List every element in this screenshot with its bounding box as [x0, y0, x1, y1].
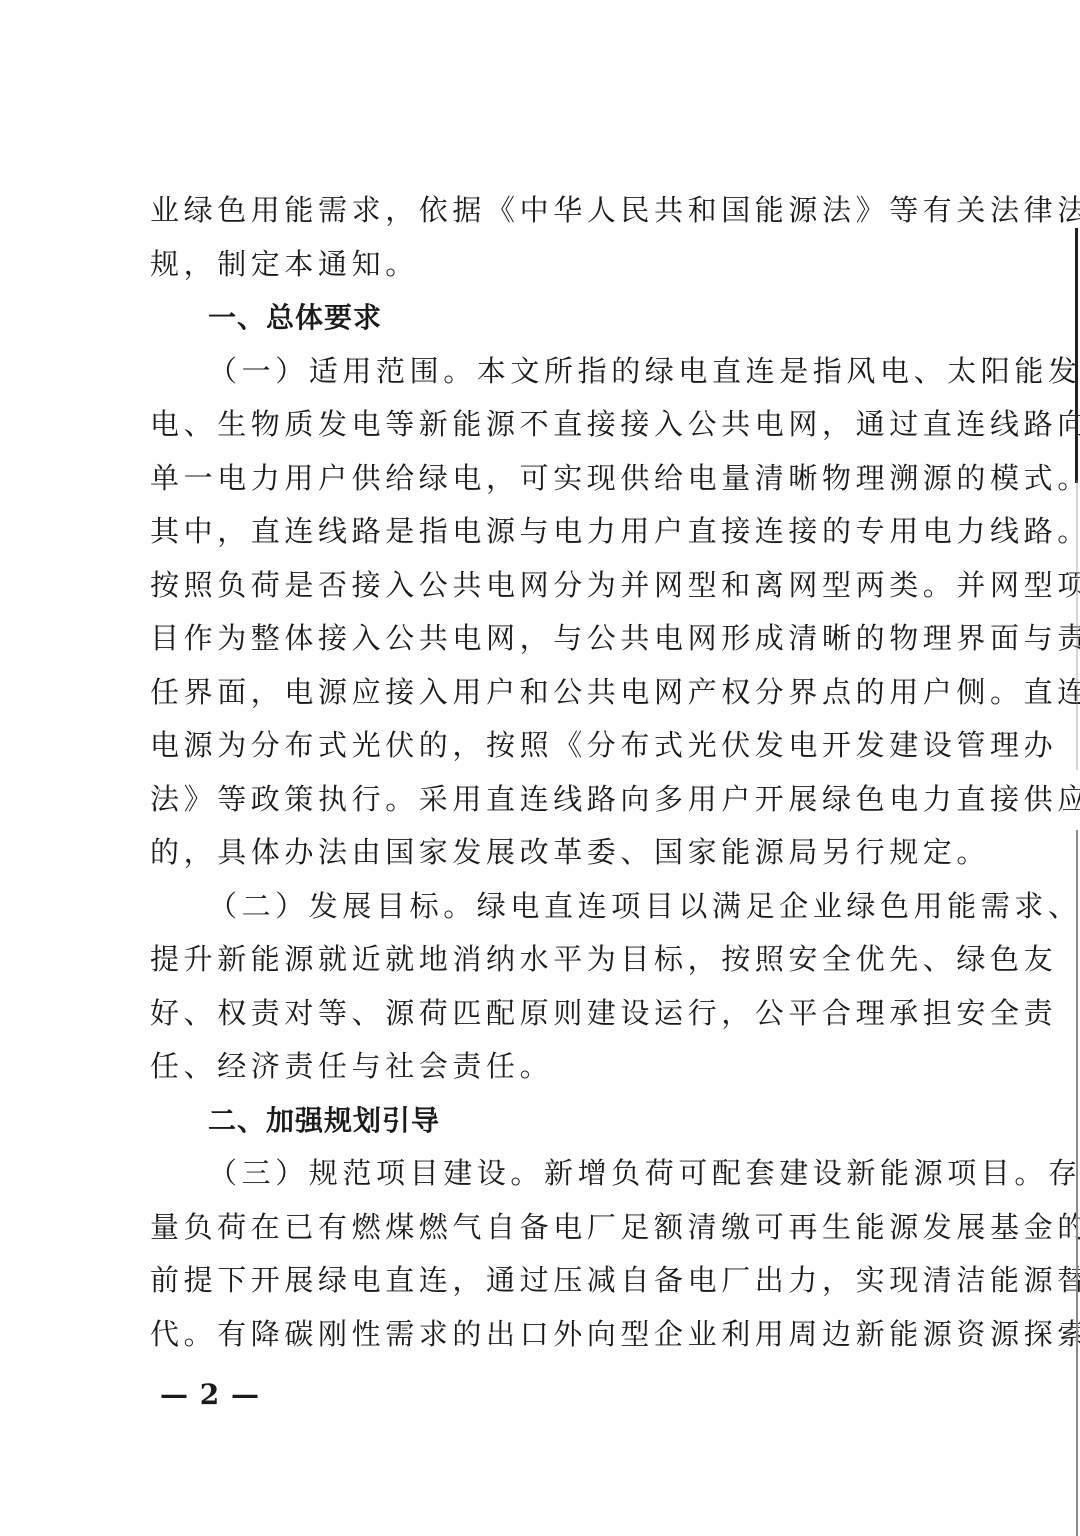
scan-edge-line — [1076, 830, 1078, 1536]
text-line: 任、经济责任与社会责任。 — [150, 1040, 940, 1094]
text-line: 任界面，电源应接入用户和公共电网产权分界点的用户侧。直连 — [150, 666, 940, 720]
paragraph-scope-line: （一）适用范围。本文所指的绿电直连是指风电、太阳能发 — [150, 345, 940, 399]
paragraph-goals-line: （二）发展目标。绿电直连项目以满足企业绿色用能需求、 — [150, 880, 940, 934]
text-line: 的，具体办法由国家发展改革委、国家能源局另行规定。 — [150, 826, 940, 880]
paragraph-construction-line: （三）规范项目建设。新增负荷可配套建设新能源项目。存 — [150, 1147, 940, 1201]
text-line: 代。有降碳刚性需求的出口外向型企业利用周边新能源资源探索 — [150, 1308, 940, 1362]
text-line: 法》等政策执行。采用直连线路向多用户开展绿色电力直接供应 — [150, 773, 940, 827]
text-line: 电、生物质发电等新能源不直接接入公共电网，通过直连线路向 — [150, 398, 940, 452]
text-line: 单一电力用户供给绿电，可实现供给电量清晰物理溯源的模式。 — [150, 452, 940, 506]
text-line: 电源为分布式光伏的，按照《分布式光伏发电开发建设管理办 — [150, 719, 940, 773]
document-page: 业绿色用能需求，依据《中华人民共和国能源法》等有关法律法 规，制定本通知。 一、… — [0, 0, 1080, 1536]
text-line: 提升新能源就近就地消纳水平为目标，按照安全优先、绿色友 — [150, 933, 940, 987]
text-line: 前提下开展绿电直连，通过压减自备电厂出力，实现清洁能源替 — [150, 1254, 940, 1308]
text-line: 量负荷在已有燃煤燃气自备电厂足额清缴可再生能源发展基金的 — [150, 1201, 940, 1255]
text-line: 目作为整体接入公共电网，与公共电网形成清晰的物理界面与责 — [150, 612, 940, 666]
text-line: 规，制定本通知。 — [150, 238, 940, 292]
document-body: 业绿色用能需求，依据《中华人民共和国能源法》等有关法律法 规，制定本通知。 一、… — [150, 184, 940, 1361]
section-heading-1: 一、总体要求 — [150, 291, 940, 345]
section-heading-2: 二、加强规划引导 — [150, 1094, 940, 1148]
page-number: — 2 — — [160, 1378, 260, 1411]
text-line: 按照负荷是否接入公共电网分为并网型和离网型两类。并网型项 — [150, 559, 940, 613]
text-line: 其中，直连线路是指电源与电力用户直接连接的专用电力线路。 — [150, 505, 940, 559]
scan-edge-mark — [1075, 228, 1078, 483]
text-line: 业绿色用能需求，依据《中华人民共和国能源法》等有关法律法 — [150, 184, 940, 238]
scan-edge-line — [1076, 480, 1078, 770]
text-line: 好、权责对等、源荷匹配原则建设运行，公平合理承担安全责 — [150, 987, 940, 1041]
